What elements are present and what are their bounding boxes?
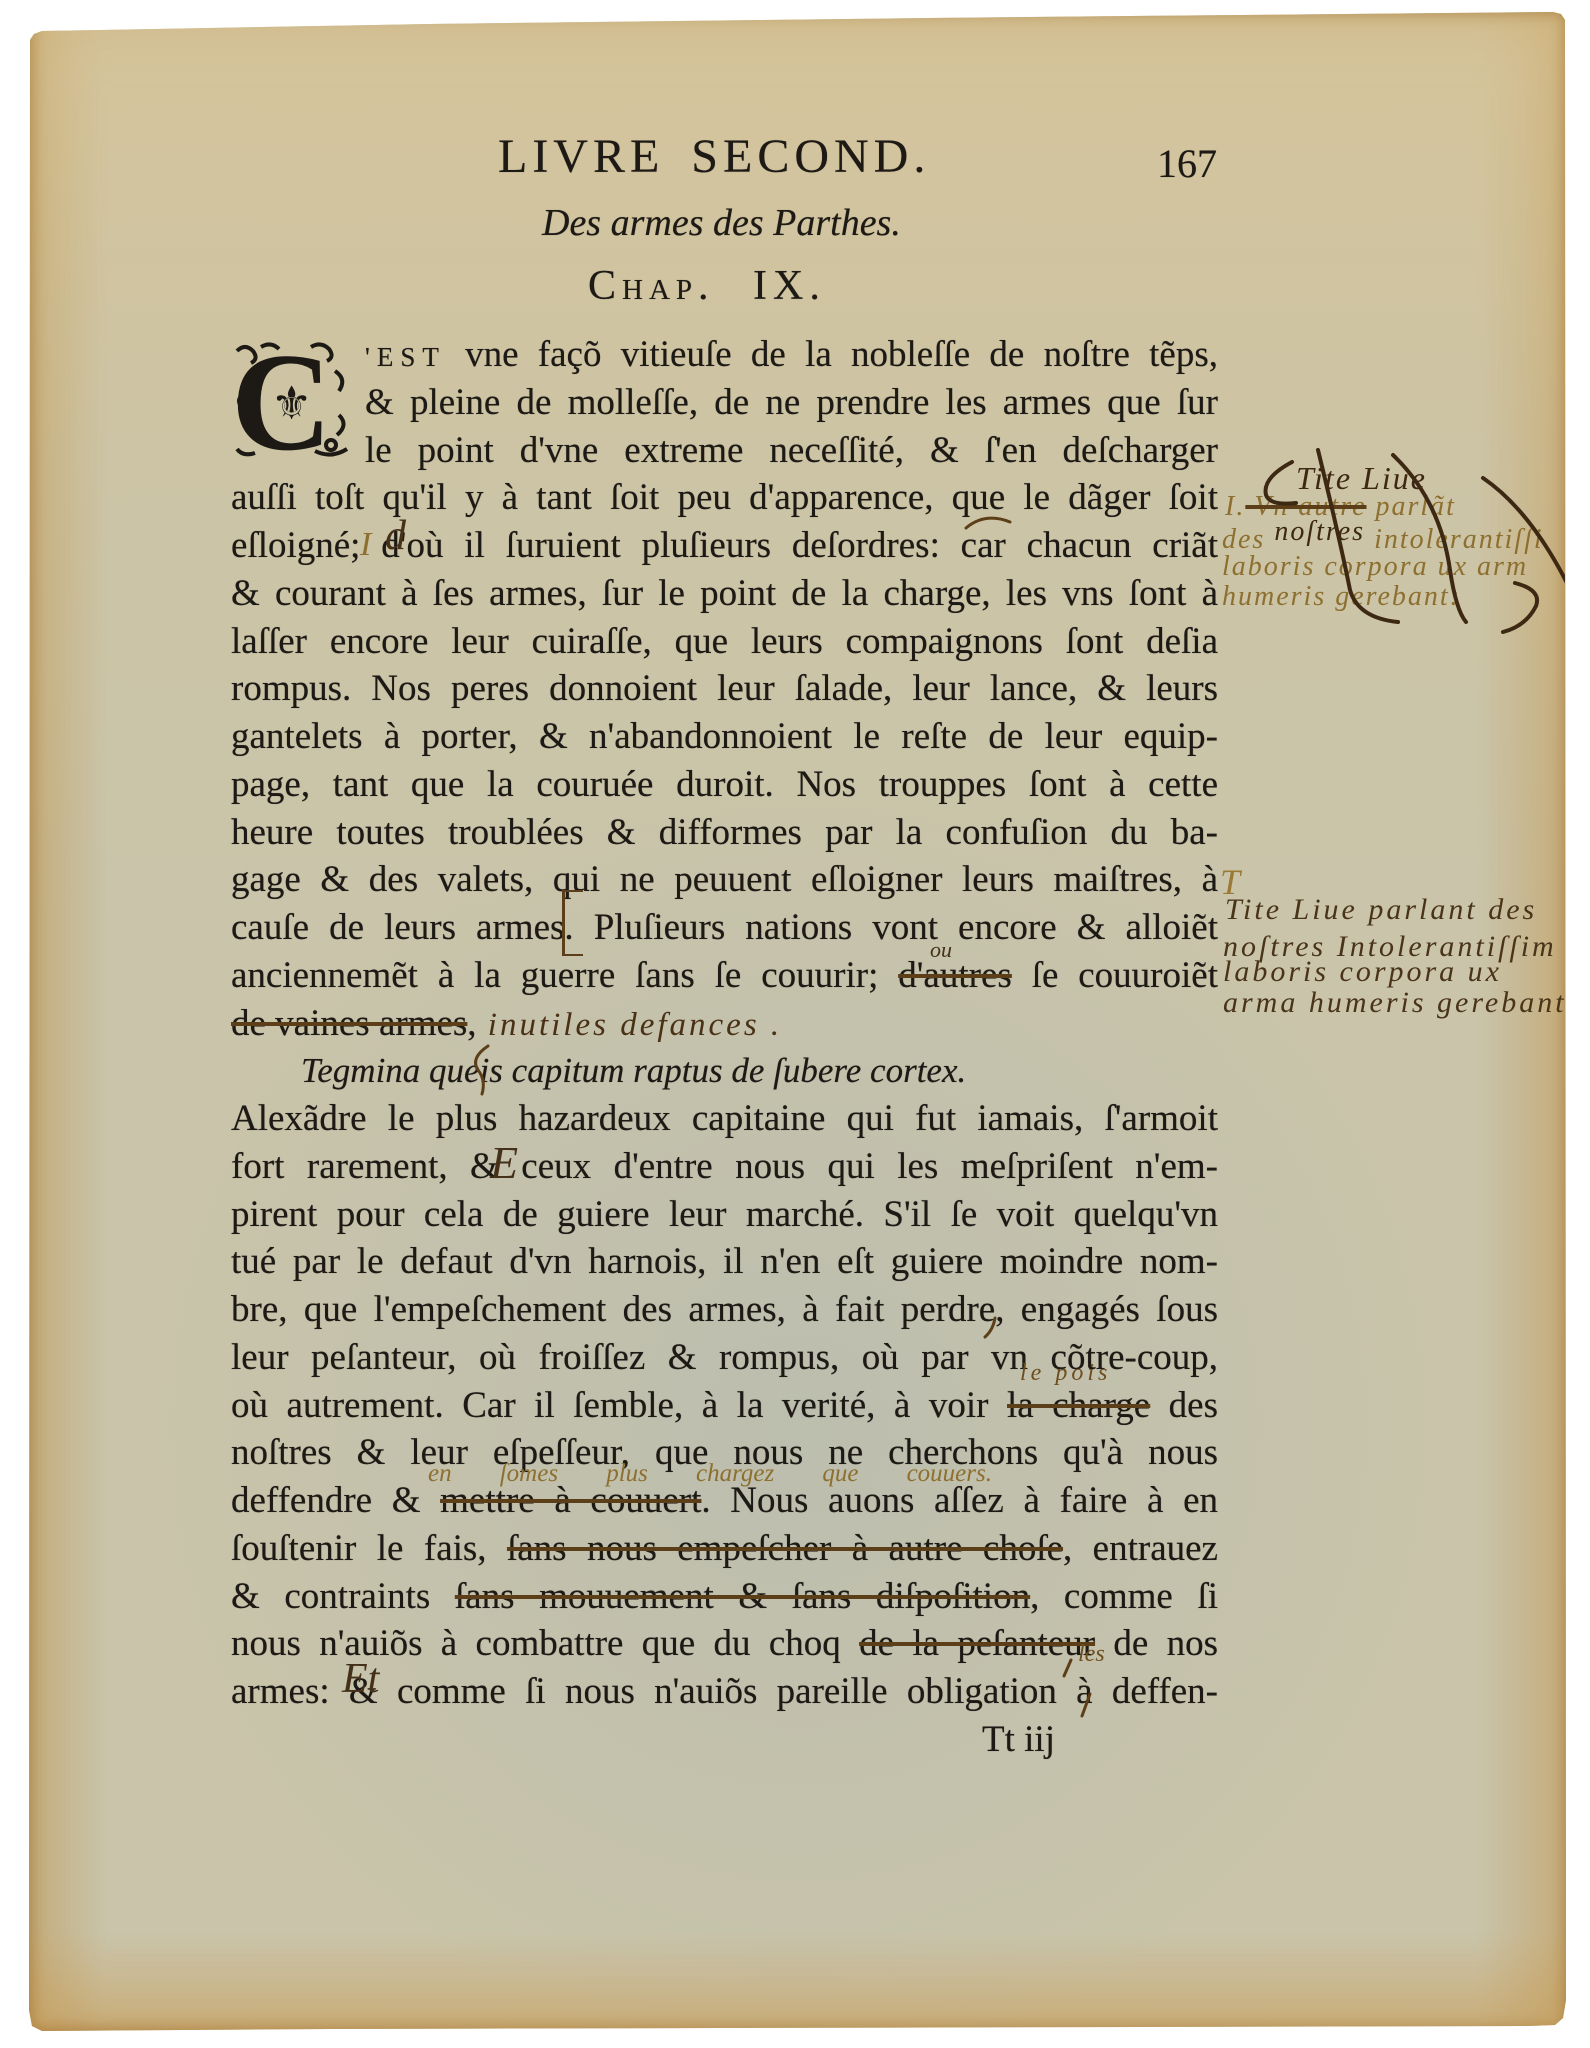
queis-mark <box>476 1046 488 1094</box>
margin-note-livy: T Tite Liue parlant des noſtres Intolera… <box>1215 860 1565 1030</box>
comma-mark <box>985 1318 995 1337</box>
insertion-caret <box>1082 1694 1090 1716</box>
insertion-slash <box>1064 1660 1071 1676</box>
margin-note-line: Tite Liue parlant des <box>1225 892 1537 928</box>
bracket-close-mark <box>1503 583 1537 632</box>
cross-stroke <box>1393 455 1466 622</box>
car-mark <box>966 518 1010 528</box>
cross-out-strokes <box>1215 440 1565 660</box>
margin-note-crossed-out: Tite Liue I. Vn autre parlãt des noſtres… <box>1215 440 1565 670</box>
cross-stroke <box>1318 450 1398 622</box>
margin-note-line: arma humeris gerebant <box>1223 985 1565 1021</box>
bracket-open-mark <box>1266 462 1296 504</box>
cross-stroke <box>1483 478 1565 585</box>
page-content: LIVRE SECOND. 167 Des armes des Parthes.… <box>0 0 1590 2048</box>
